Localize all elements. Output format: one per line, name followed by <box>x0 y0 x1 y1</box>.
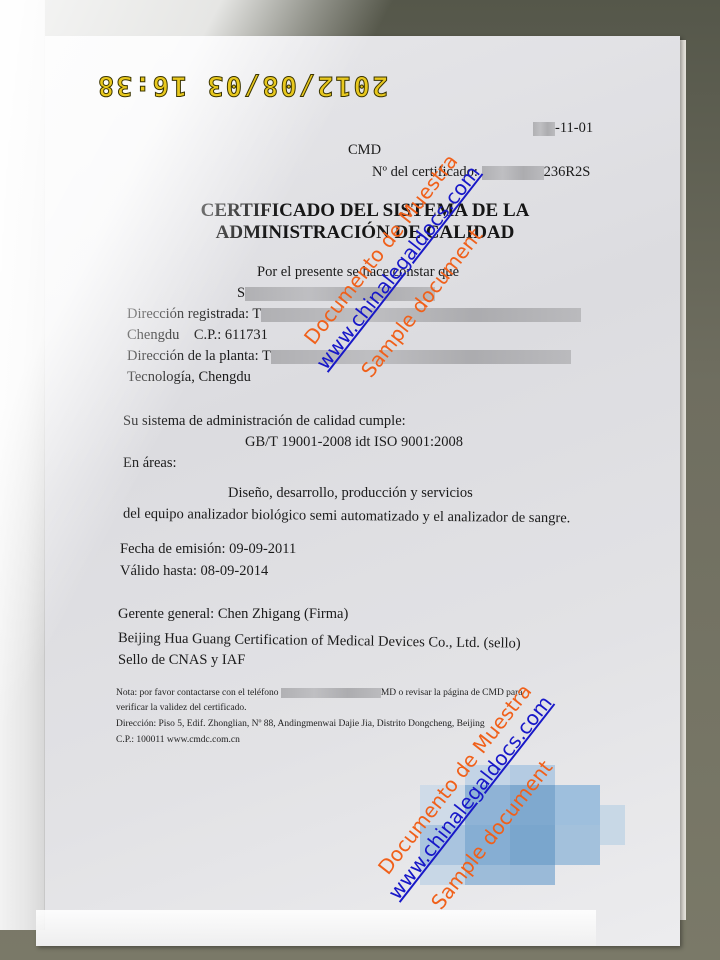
issue-date: Fecha de emisión: 09-09-2011 <box>120 541 296 558</box>
seals: Sello de CNAS y IAF <box>118 652 245 669</box>
redacted-phone <box>281 688 381 698</box>
redacted-cert-number <box>482 166 544 180</box>
document-date: -11-01 <box>533 120 593 137</box>
title-line-2: ADMINISTRACIÓN DE CALIDAD <box>190 222 540 244</box>
office-address: Dirección: Piso 5, Edif. Zhonglian, Nº 8… <box>116 719 485 729</box>
note-line-1: Nota: por favor contactarse con el teléf… <box>116 688 523 698</box>
certificate-title: CERTIFICADO DEL SISTEMA DE LA ADMINISTRA… <box>190 200 540 244</box>
note-end: MD o revisar la página de CMD para <box>381 688 523 698</box>
note-start: Nota: por favor contactarse con el teléf… <box>116 688 278 698</box>
plant-address-label: Dirección de la planta: <box>127 348 259 364</box>
general-manager: Gerente general: Chen Zhigang (Firma) <box>118 606 348 623</box>
title-line-1: CERTIFICADO DEL SISTEMA DE LA <box>190 200 540 222</box>
standard: GB/T 19001-2008 idt ISO 9001:2008 <box>245 434 463 451</box>
registered-address-label: Dirección registrada: <box>127 306 249 322</box>
postal-website: C.P.: 100011 www.cmdc.com.cn <box>116 735 240 745</box>
company-initial: S <box>237 285 245 301</box>
scope-line-1: Diseño, desarrollo, producción y servici… <box>228 485 473 502</box>
bottom-paper-edge <box>36 910 596 946</box>
compliance-intro: Su sistema de administración de calidad … <box>123 413 406 430</box>
cert-number-suffix: 236R2S <box>544 164 591 180</box>
registered-address-initial: T <box>252 306 261 322</box>
valid-until: Válido hasta: 08-09-2014 <box>120 563 268 580</box>
areas-label: En áreas: <box>123 455 177 472</box>
plant-address-end: Tecnología, Chengdu <box>127 369 251 386</box>
plant-address: Dirección de la planta: T <box>127 348 571 365</box>
left-folded-sheets <box>0 0 45 930</box>
redacted-year <box>533 122 555 136</box>
plant-address-initial: T <box>262 348 271 364</box>
date-suffix: -11-01 <box>555 120 593 136</box>
note-line-2: verificar la validez del certificado. <box>116 703 247 713</box>
photo-timestamp: 2012/08/03 16:38 <box>96 70 388 101</box>
issuer-abbr: CMD <box>348 142 381 159</box>
city-postal: Chengdu C.P.: 611731 <box>127 327 268 344</box>
